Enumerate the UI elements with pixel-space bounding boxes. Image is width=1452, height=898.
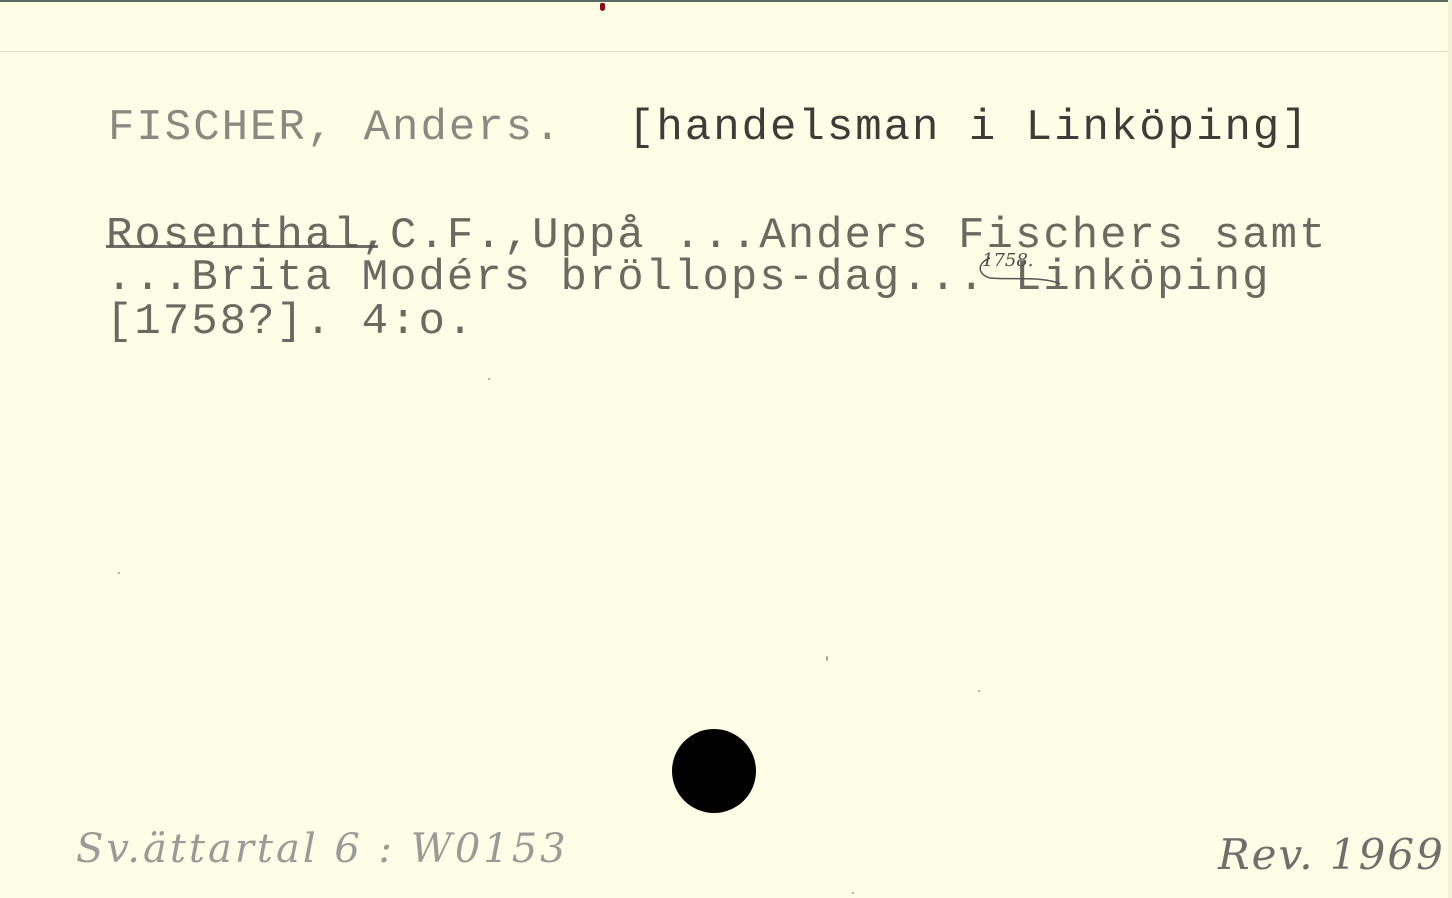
revision-note: Rev. 1969 (1218, 830, 1445, 879)
entry-line-1: Rosenthal,C.F.,Uppå ...Anders Fischers s… (106, 214, 1327, 258)
paper-speck (826, 656, 828, 661)
ink-mark (600, 3, 605, 11)
paper-speck (978, 690, 980, 692)
card-rule-line (0, 51, 1452, 52)
entry-line-2: ...Brita Modérs bröllops-dag... Linköpin… (106, 256, 1271, 300)
card-top-edge (0, 0, 1452, 2)
card-right-edge (1448, 0, 1452, 898)
punch-hole (672, 729, 756, 813)
pencil-insert-date: 1758. (982, 250, 1034, 271)
entry-line-3: [1758?]. 4:o. (106, 300, 475, 344)
heading-note: [handelsman i Linköping] (628, 106, 1310, 150)
paper-speck (852, 892, 854, 894)
author-underline (106, 245, 378, 248)
paper-speck (488, 378, 490, 380)
heading-name: FISCHER, Anders. (108, 106, 562, 150)
paper-speck (118, 572, 120, 574)
shelf-mark: Sv.ättartal 6 : W0153 (76, 826, 569, 872)
catalog-card: FISCHER, Anders. [handelsman i Linköping… (0, 0, 1452, 898)
